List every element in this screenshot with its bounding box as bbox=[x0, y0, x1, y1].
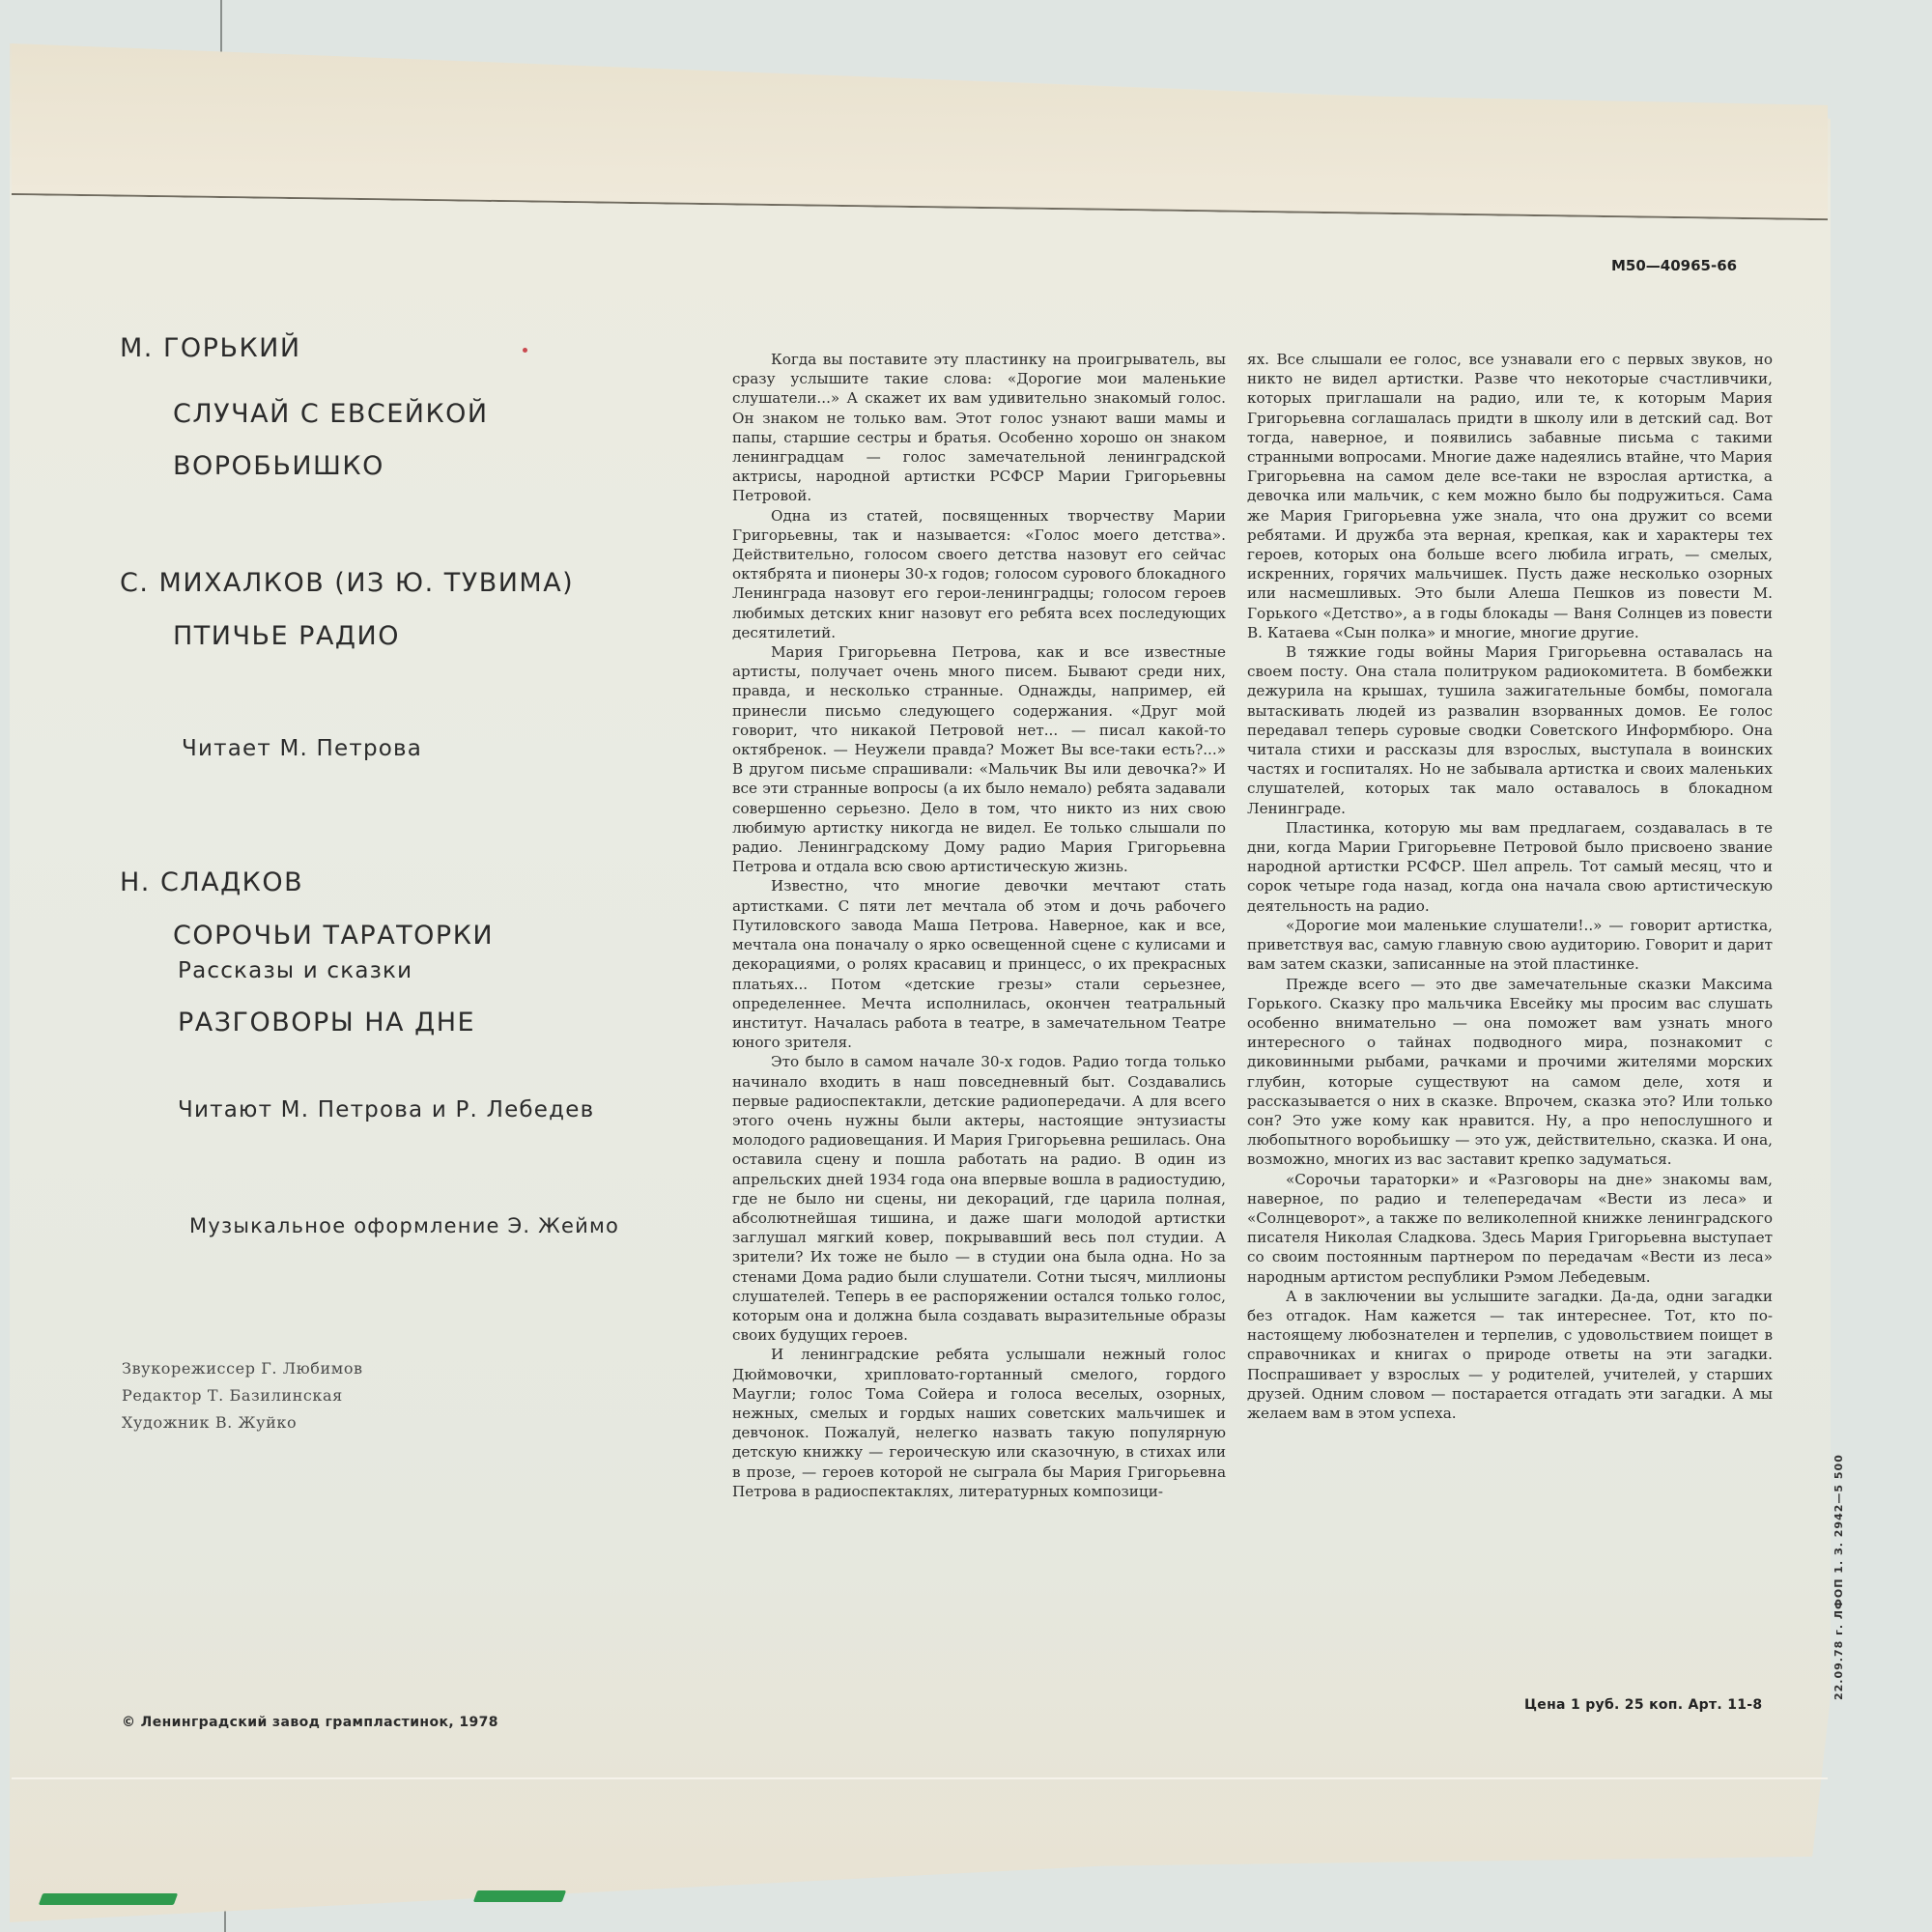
author-gorky: М. ГОРЬКИЙ bbox=[120, 333, 301, 363]
article-paragraph: И ленинградские ребята услышали нежный г… bbox=[732, 1345, 1226, 1501]
catalog-number: М50—40965-66 bbox=[1611, 257, 1737, 274]
track-title: ВОРОБЬИШКО bbox=[173, 451, 384, 481]
article-paragraph: «Сорочьи тараторки» и «Разговоры на дне»… bbox=[1247, 1170, 1773, 1287]
green-label-fragment bbox=[39, 1893, 178, 1905]
credit-line: Звукорежиссер Г. Любимов bbox=[122, 1355, 363, 1382]
article-paragraph: ях. Все слышали ее голос, все узнавали е… bbox=[1247, 350, 1773, 642]
music-credit: Музыкальное оформление Э. Жеймо bbox=[189, 1214, 619, 1237]
article-paragraph: Прежде всего — это две замечательные ска… bbox=[1247, 975, 1773, 1170]
price-label: Цена 1 руб. 25 коп. Арт. 11-8 bbox=[1524, 1697, 1762, 1713]
author-mikhalkov: С. МИХАЛКОВ (ИЗ Ю. ТУВИМА) bbox=[120, 568, 574, 598]
print-info: 22.09.78 г. ЛФОП 1. З. 2942—5 500 bbox=[1833, 1454, 1845, 1700]
reader-credit: Читают М. Петрова и Р. Лебедев bbox=[178, 1097, 594, 1122]
article-paragraph: Мария Григорьевна Петрова, как и все изв… bbox=[732, 642, 1226, 876]
track-subtitle: Рассказы и сказки bbox=[178, 958, 412, 983]
production-credits: Звукорежиссер Г. Любимов Редактор Т. Баз… bbox=[122, 1355, 363, 1436]
tracklist: М. ГОРЬКИЙ СЛУЧАЙ С ЕВСЕЙКОЙ ВОРОБЬИШКО … bbox=[0, 0, 676, 1932]
track-title: СЛУЧАЙ С ЕВСЕЙКОЙ bbox=[173, 399, 489, 429]
credit-line: Редактор Т. Базилинская bbox=[122, 1382, 363, 1409]
green-label-fragment bbox=[473, 1890, 566, 1902]
article-column-1: Когда вы поставите эту пластинку на прои… bbox=[732, 350, 1226, 1501]
track-title: РАЗГОВОРЫ НА ДНЕ bbox=[178, 1008, 475, 1037]
article-paragraph: Когда вы поставите эту пластинку на прои… bbox=[732, 350, 1226, 506]
track-title: СОРОЧЬИ ТАРАТОРКИ bbox=[173, 921, 494, 951]
article-paragraph: Это было в самом начале 30-х годов. Ради… bbox=[732, 1052, 1226, 1345]
copyright-notice: © Ленинградский завод грампластинок, 197… bbox=[122, 1715, 498, 1730]
ink-dot bbox=[523, 348, 527, 353]
article-paragraph: «Дорогие мои маленькие слушатели!..» — г… bbox=[1247, 916, 1773, 975]
article-column-2: ях. Все слышали ее голос, все узнавали е… bbox=[1247, 350, 1773, 1423]
article-paragraph: Известно, что многие девочки мечтают ста… bbox=[732, 876, 1226, 1052]
track-title: ПТИЧЬЕ РАДИО bbox=[173, 621, 400, 651]
reader-credit: Читает М. Петрова bbox=[182, 736, 422, 761]
author-sladkov: Н. СЛАДКОВ bbox=[120, 867, 303, 897]
article-paragraph: Одна из статей, посвященных творчеству М… bbox=[732, 506, 1226, 642]
credit-line: Художник В. Жуйко bbox=[122, 1409, 363, 1436]
article-paragraph: А в заключении вы услышите загадки. Да-д… bbox=[1247, 1287, 1773, 1423]
article-paragraph: В тяжкие годы войны Мария Григорьевна ос… bbox=[1247, 642, 1773, 818]
article-paragraph: Пластинка, которую мы вам предлагаем, со… bbox=[1247, 818, 1773, 916]
